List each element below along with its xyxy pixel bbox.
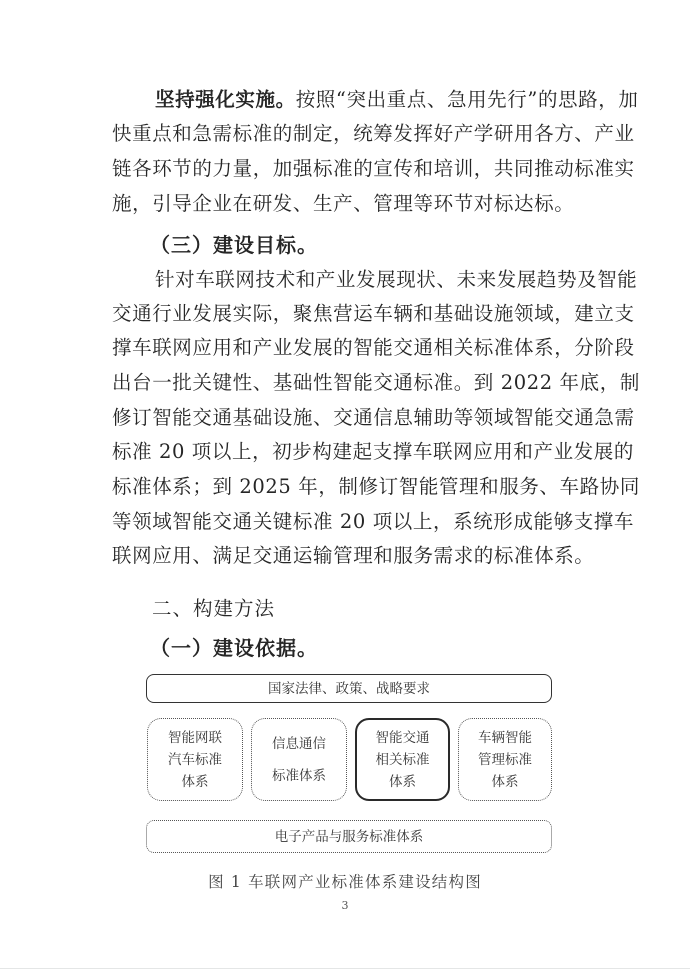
box-label-line: 标准体系: [272, 765, 326, 787]
box-label: 国家法律、政策、战略要求: [268, 678, 430, 700]
box-label-line: 体系: [389, 771, 416, 793]
box-label-line: 智能交通: [376, 727, 430, 749]
box-label-line: 智能网联: [168, 727, 222, 749]
box-label: 电子产品与服务标准体系: [275, 826, 424, 848]
box-label-line: 相关标准: [376, 749, 430, 771]
paragraph-text: 按照“突出重点、急用先行”的思路，加: [296, 88, 639, 111]
box-electronics-services: 电子产品与服务标准体系: [146, 820, 552, 853]
paragraph-2-line-9: 联网应用、满足交通运输管理和服务需求的标准体系。: [112, 539, 595, 573]
box-ict-standards: 信息通信 标准体系: [251, 718, 347, 801]
section-heading-goals: （三）建设目标。: [150, 228, 318, 262]
scan-edge-line: [0, 968, 690, 969]
figure-caption: 图 1 车联网产业标准体系建设结构图: [0, 870, 690, 894]
paragraph-2-line-2: 交通行业发展实际，聚焦营运车辆和基础设施领域，建立支: [112, 297, 595, 331]
box-label-line: 汽车标准: [168, 749, 222, 771]
box-label-line: 体系: [492, 771, 519, 793]
paragraph-1-line-2: 快重点和急需标准的制定，统筹发挥好产学研用各方、产业: [112, 117, 595, 151]
paragraph-2-line-7: 标准体系；到 2025 年，制修订智能管理和服务、车路协同: [112, 470, 595, 504]
paragraph-lead: 坚持强化实施。: [155, 88, 296, 111]
chapter-heading-methods: 二、构建方法: [152, 592, 275, 626]
section-heading-basis: （一）建设依据。: [150, 631, 318, 665]
paragraph-2-line-1: 针对车联网技术和产业发展现状、未来发展趋势及智能: [155, 263, 595, 297]
box-label-line: 体系: [182, 771, 209, 793]
page-number: 3: [0, 899, 690, 912]
paragraph-2-line-6: 标准 20 项以上，初步构建起支撑车联网应用和产业发展的: [112, 435, 595, 469]
box-its-standards: 智能交通 相关标准 体系: [355, 718, 450, 801]
box-national-policy: 国家法律、政策、战略要求: [146, 674, 552, 703]
box-label-line: 管理标准: [478, 749, 532, 771]
box-label-line: 车辆智能: [478, 727, 532, 749]
document-page: 坚持强化实施。按照“突出重点、急用先行”的思路，加 快重点和急需标准的制定，统筹…: [0, 0, 690, 973]
paragraph-2-line-5: 修订智能交通基础设施、交通信息辅助等领域智能交通急需: [112, 401, 595, 435]
paragraph-1-line-1: 坚持强化实施。按照“突出重点、急用先行”的思路，加: [155, 83, 595, 117]
paragraph-2-line-4: 出台一批关键性、基础性智能交通标准。到 2022 年底，制: [112, 366, 595, 400]
box-vehicle-mgmt-standards: 车辆智能 管理标准 体系: [458, 718, 552, 801]
paragraph-1-line-4: 施，引导企业在研发、生产、管理等环节对标达标。: [112, 187, 595, 221]
paragraph-1-line-3: 链各环节的力量，加强标准的宣传和培训，共同推动标准实: [112, 152, 595, 186]
paragraph-2-line-3: 撑车联网应用和产业发展的智能交通相关标准体系，分阶段: [112, 331, 595, 365]
box-label-line: 信息通信: [272, 733, 326, 755]
paragraph-2-line-8: 等领域智能交通关键标准 20 项以上，系统形成能够支撑车: [112, 505, 595, 539]
box-icv-standards: 智能网联 汽车标准 体系: [147, 718, 243, 801]
